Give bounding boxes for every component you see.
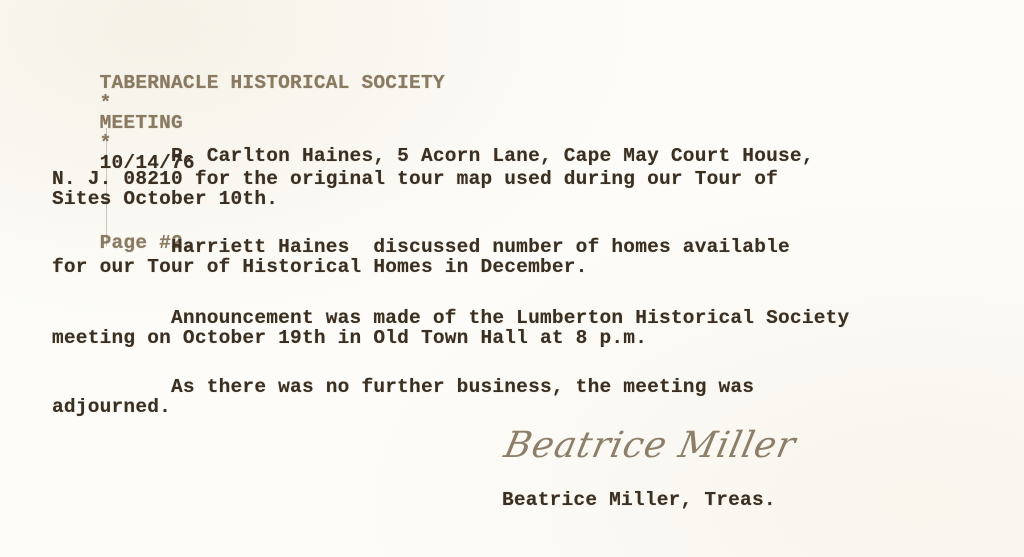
body-line: N. J. 08210 for the original tour map us… — [52, 169, 778, 189]
body-line: Harriett Haines discussed number of home… — [52, 237, 790, 257]
body-line: Announcement was made of the Lumberton H… — [52, 308, 849, 328]
handwritten-signature: Beatrice Miller — [501, 425, 800, 466]
typed-signature-name: Beatrice Miller, Treas. — [502, 490, 776, 510]
document-page: TABERNACLE HISTORICAL SOCIETY * MEETING … — [0, 0, 1024, 557]
body-line: for our Tour of Historical Homes in Dece… — [52, 257, 588, 277]
header-organization: TABERNACLE HISTORICAL SOCIETY — [100, 72, 445, 94]
body-line: meeting on October 19th in Old Town Hall… — [52, 328, 647, 348]
header-event: MEETING — [100, 112, 183, 134]
body-line: Sites October 10th. — [52, 189, 278, 209]
body-line: adjourned. — [52, 397, 171, 417]
body-line: As there was no further business, the me… — [52, 377, 754, 397]
body-line: R. Carlton Haines, 5 Acorn Lane, Cape Ma… — [52, 146, 814, 166]
header-separator: * — [100, 92, 112, 114]
